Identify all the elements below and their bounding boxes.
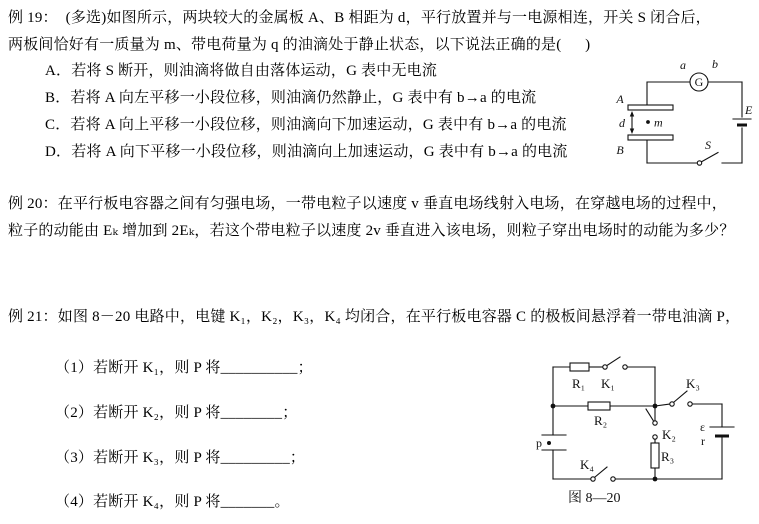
figure-caption: 图 8—20 [568, 490, 621, 506]
switch-k2-icon: K₂ [646, 409, 676, 442]
worksheet-page: 例 19： (多选)如图所示，两块较大的金属板 A、B 相距为 d，平行放置并与… [0, 0, 759, 524]
resistor-r3-icon: R₃ [651, 443, 674, 468]
p20-line2: 粒子的动能由 Eₖ 增加到 2Eₖ，若这个带电粒子以速度 2v 垂直进入该电场，… [8, 222, 735, 241]
drop-p-label: p [536, 436, 542, 450]
p19-option-c: C．若将 A 向上平移一小段位移，则油滴向下加速运动，G 表中有 b→a 的电流 [45, 116, 567, 135]
r1-label: R₁ [572, 376, 585, 391]
p20-line1: 例 20：在平行板电容器之间有匀强电场，一带电粒子以速度 v 垂直电场线射入电场… [8, 195, 727, 214]
k1-label: K₁ [601, 376, 615, 391]
gap-d-label: d [619, 116, 626, 130]
p21-subq-4: （4）若断开 K₄，则 P 将_______。 [55, 493, 290, 512]
switch-s-icon: S [697, 138, 718, 165]
switch-k3-icon: K₃ [670, 376, 700, 406]
plate-b-label: B [616, 143, 624, 157]
oil-drop-icon: m [646, 116, 663, 130]
gap-arrow-icon: d [619, 111, 634, 134]
p21-subq-3: （3）若断开 K₃，则 P 将_________； [55, 449, 305, 468]
plate-a-label: A [615, 92, 624, 106]
switch-k1-icon: K₁ [601, 357, 627, 391]
p19-option-b: B．若将 A 向左平移一小段位移，则油滴仍然静止，G 表中有 b→a 的电流 [45, 89, 536, 108]
meter-label: G [695, 75, 704, 89]
galvanometer-icon: G [690, 73, 708, 91]
drop-m-label: m [654, 116, 663, 130]
emf-label: ε [700, 420, 705, 434]
p19-circuit-figure: G a b E S A B d m [610, 58, 758, 176]
r3-label: R₃ [661, 449, 674, 464]
capacitor-plates-icon [628, 105, 673, 140]
terminal-b-label: b [712, 57, 718, 71]
battery-icon: E [733, 103, 753, 125]
capacitor-c-icon: p [536, 435, 566, 450]
switch-k4-icon: K₄ [580, 457, 615, 481]
p21-subq-1: （1）若断开 K₁，则 P 将__________； [55, 359, 313, 378]
p19-option-d: D．若将 A 向下平移一小段位移，则油滴向上加速运动，G 表中有 b→a 的电流 [45, 143, 568, 162]
resistor-r2-icon: R₂ [588, 402, 610, 428]
k3-label: K₃ [686, 376, 700, 391]
p21-stem: 例 21：如图 8－20 电路中，电键 K₁，K₂，K₃，K₄ 均闭合，在平行板… [8, 308, 740, 327]
resistor-r1-icon: R₁ [570, 363, 589, 391]
k4-label: K₄ [580, 457, 594, 472]
p19-stem-line1: 例 19： (多选)如图所示，两块较大的金属板 A、B 相距为 d，平行放置并与… [8, 9, 711, 28]
k2-label: K₂ [662, 427, 676, 442]
r2-label: R₂ [594, 413, 607, 428]
p21-circuit-figure: R₁ K₁ R₂ K₃ ε r K₂ [535, 352, 759, 517]
p19-option-a: A．若将 S 断开，则油滴将做自由落体运动，G 表中无电流 [45, 62, 437, 81]
p19-stem-line2: 两板间恰好有一质量为 m、带电荷量为 q 的油滴处于静止状态，以下说法正确的是(… [8, 36, 590, 55]
p21-subq-2: （2）若断开 K₂，则 P 将________； [55, 404, 297, 423]
switch-s-label: S [705, 138, 711, 152]
internal-r-label: r [701, 434, 705, 448]
battery-label: E [744, 103, 753, 117]
battery-eps-icon: ε r [700, 420, 734, 448]
terminal-a-label: a [680, 58, 686, 72]
